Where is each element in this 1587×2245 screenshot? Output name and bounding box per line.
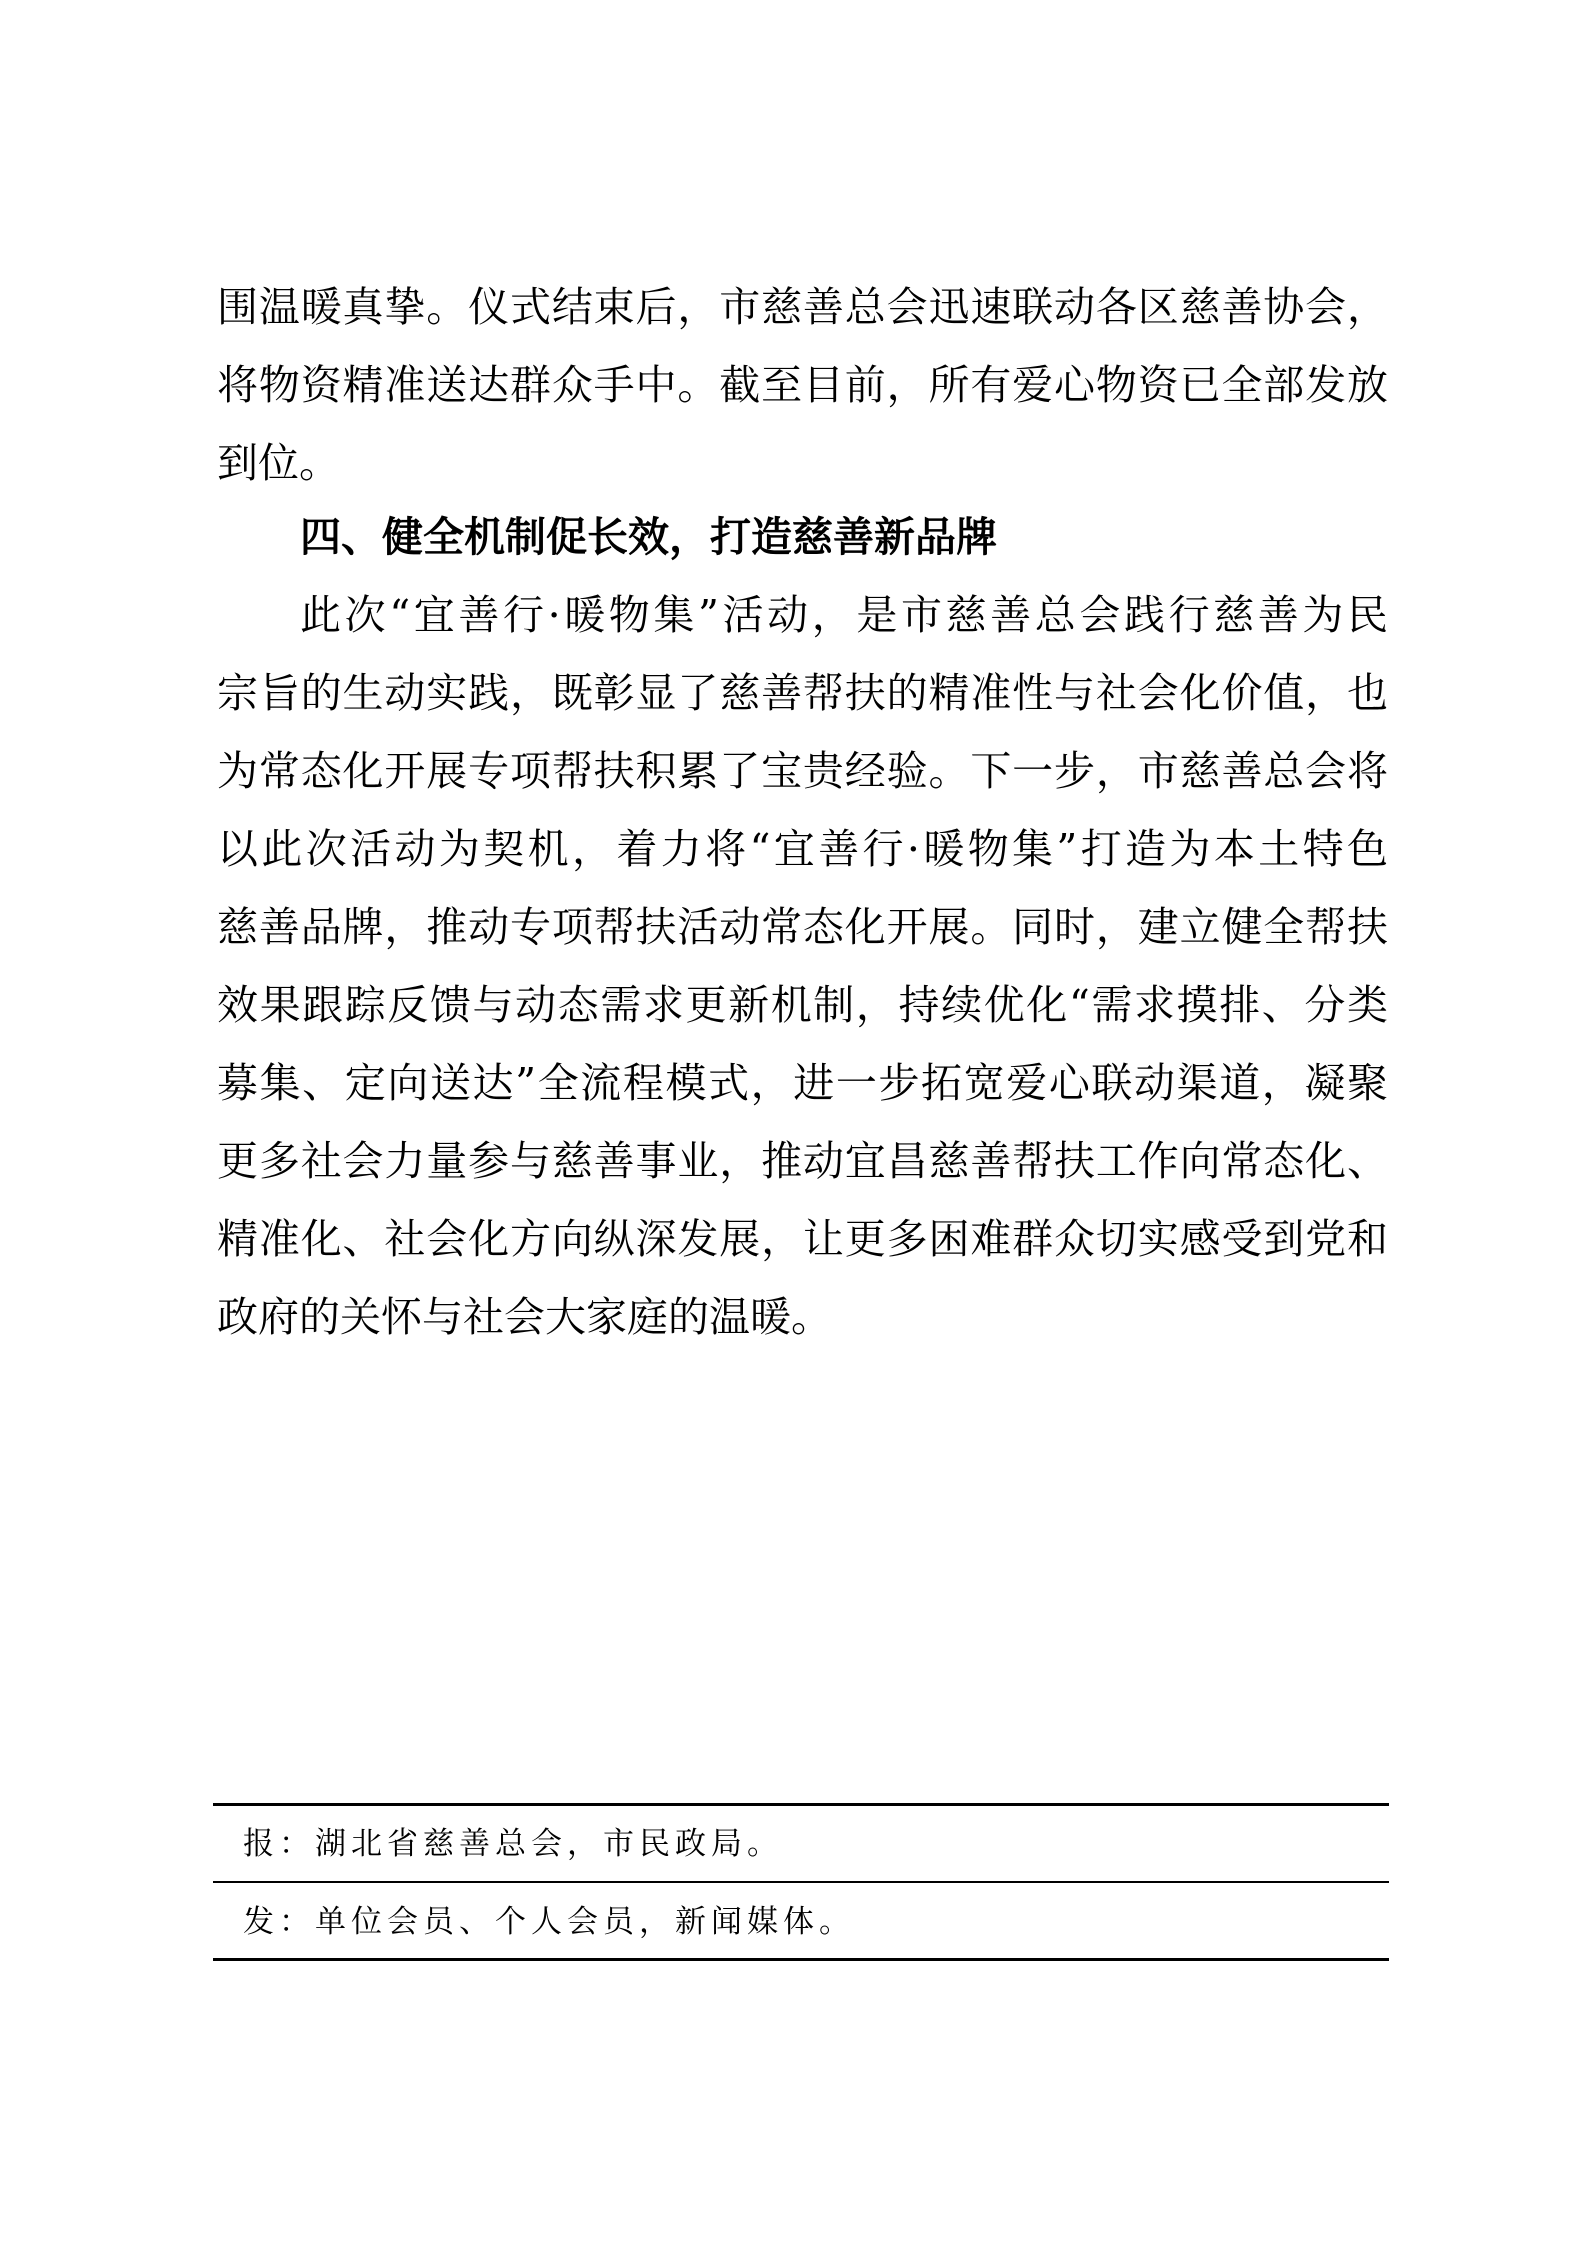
divider-bottom bbox=[213, 1958, 1389, 1961]
body-text-line: 以此次活动为契机，着力将“宜善行·暖物集”打造为本土特色 bbox=[217, 810, 1388, 888]
section-heading: 四、健全机制促长效，打造慈善新品牌 bbox=[300, 498, 997, 576]
divider-top bbox=[213, 1803, 1389, 1806]
body-text-line: 募集、定向送达”全流程模式，进一步拓宽爱心联动渠道，凝聚 bbox=[217, 1044, 1388, 1122]
body-text-line: 效果跟踪反馈与动态需求更新机制，持续优化“需求摸排、分类 bbox=[217, 966, 1388, 1044]
body-text-line: 慈善品牌，推动专项帮扶活动常态化开展。同时，建立健全帮扶 bbox=[217, 888, 1388, 966]
body-text-line: 更多社会力量参与慈善事业，推动宜昌慈善帮扶工作向常态化、 bbox=[217, 1122, 1388, 1200]
divider-middle bbox=[213, 1881, 1389, 1883]
body-text-line: 到位。 bbox=[217, 424, 1388, 502]
body-text-line: 精准化、社会化方向纵深发展，让更多困难群众切实感受到党和 bbox=[217, 1200, 1388, 1278]
document-page: 围温暖真挚。仪式结束后，市慈善总会迅速联动各区慈善协会， 将物资精准送达群众手中… bbox=[0, 0, 1587, 2245]
body-text-line: 宗旨的生动实践，既彰显了慈善帮扶的精准性与社会化价值，也 bbox=[217, 654, 1388, 732]
body-text-line: 将物资精准送达群众手中。截至目前，所有爱心物资已全部发放 bbox=[217, 346, 1388, 424]
body-text-line: 围温暖真挚。仪式结束后，市慈善总会迅速联动各区慈善协会， bbox=[217, 268, 1388, 346]
body-text-line: 此次“宜善行·暖物集”活动，是市慈善总会践行慈善为民 bbox=[300, 576, 1388, 654]
send-to-line: 发：单位会员、个人会员，新闻媒体。 bbox=[243, 1892, 855, 1952]
body-text-line: 为常态化开展专项帮扶积累了宝贵经验。下一步，市慈善总会将 bbox=[217, 732, 1388, 810]
body-text-line: 政府的关怀与社会大家庭的温暖。 bbox=[217, 1278, 1388, 1356]
report-to-line: 报：湖北省慈善总会，市民政局。 bbox=[243, 1814, 783, 1874]
